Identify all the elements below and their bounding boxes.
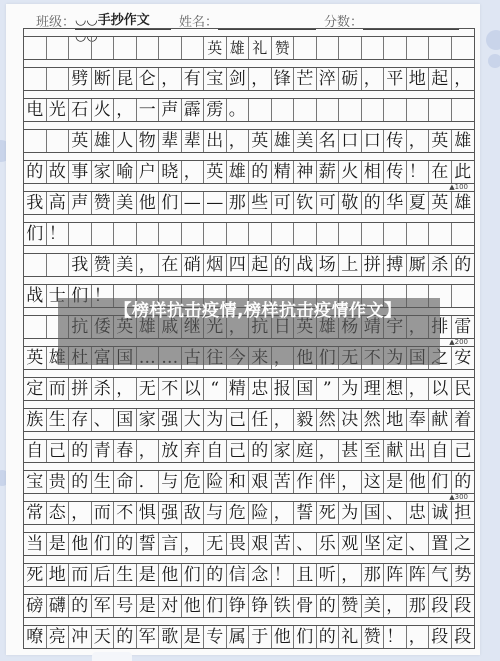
grid-cell: 国 bbox=[114, 409, 137, 431]
grid-cell: 念 bbox=[249, 564, 272, 586]
grid-cell: 雄 bbox=[452, 192, 475, 214]
grid-cell: ， bbox=[159, 68, 182, 90]
grid-cell: 的 bbox=[272, 254, 295, 276]
row-gap bbox=[24, 463, 474, 471]
grid-cell bbox=[317, 99, 340, 121]
grid-cell bbox=[294, 37, 317, 59]
grid-cell: 夏 bbox=[407, 192, 430, 214]
grid-cell: 、 bbox=[407, 533, 430, 555]
grid-cell: 生 bbox=[47, 409, 70, 431]
grid-cell: 民 bbox=[452, 378, 475, 400]
grid-cell bbox=[114, 223, 137, 245]
grid-cell bbox=[294, 223, 317, 245]
grid-cell: 险 bbox=[204, 471, 227, 493]
grid-cell: 军 bbox=[92, 595, 115, 617]
grid-cell: 口 bbox=[362, 130, 385, 152]
grid-cell: ， bbox=[452, 68, 475, 90]
grid-cell: 在 bbox=[429, 161, 452, 183]
grid-cell: 铁 bbox=[272, 595, 295, 617]
grid-cell: ！ bbox=[384, 626, 407, 648]
grid-cell: 英 bbox=[249, 130, 272, 152]
grid-cell: 华 bbox=[384, 192, 407, 214]
grid-cell: 无 bbox=[204, 533, 227, 555]
grid-cell: 春 bbox=[114, 440, 137, 462]
grid-cell: ， bbox=[182, 533, 205, 555]
grid-cell: 此 bbox=[452, 161, 475, 183]
grid-cell: 置 bbox=[429, 533, 452, 555]
grid-cell bbox=[407, 37, 430, 59]
grid-cell: 艰 bbox=[249, 471, 272, 493]
grid-cell: — bbox=[182, 192, 205, 214]
grid-cell: 段 bbox=[452, 626, 475, 648]
grid-cell: 那 bbox=[227, 192, 250, 214]
grid-cell: 人 bbox=[114, 130, 137, 152]
grid-cell: 的 bbox=[452, 471, 475, 493]
grid-cell: 那 bbox=[407, 595, 430, 617]
grid-cell: 危 bbox=[182, 471, 205, 493]
grid-cell bbox=[429, 223, 452, 245]
grid-cell: ， bbox=[317, 440, 340, 462]
grid-cell: 想 bbox=[384, 378, 407, 400]
grid-cell: 、 bbox=[384, 502, 407, 524]
grid-cell: 雷 bbox=[452, 316, 475, 338]
grid-cell: 辈 bbox=[159, 130, 182, 152]
grid-cell: 诚 bbox=[429, 502, 452, 524]
grid-cell: 英 bbox=[69, 130, 92, 152]
grid-cell: 献 bbox=[384, 440, 407, 462]
row-gap bbox=[24, 587, 474, 595]
grid-cell: 献 bbox=[429, 409, 452, 431]
grid-cell: 场 bbox=[317, 254, 340, 276]
grid-cell: 的 bbox=[452, 254, 475, 276]
grid-cell: 石 bbox=[69, 99, 92, 121]
grid-cell: 理 bbox=[362, 378, 385, 400]
grid-cell: 那 bbox=[362, 564, 385, 586]
grid-cell: ， bbox=[407, 130, 430, 152]
grid-cell: 任 bbox=[249, 409, 272, 431]
row-gap bbox=[24, 556, 474, 564]
row-gap: ▲100 bbox=[24, 184, 474, 192]
grid-cell: ， bbox=[249, 68, 272, 90]
grid-cell: 毅 bbox=[294, 409, 317, 431]
grid-cell: 、 bbox=[294, 533, 317, 555]
grid-cell: 死 bbox=[317, 502, 340, 524]
grid-cell: 为 bbox=[204, 409, 227, 431]
grid-cell: 不 bbox=[159, 378, 182, 400]
grid-cell: 和 bbox=[227, 471, 250, 493]
grid-cell: 硝 bbox=[182, 254, 205, 276]
grid-cell: 势 bbox=[452, 564, 475, 586]
grid-cell: 赞 bbox=[92, 254, 115, 276]
grid-cell bbox=[407, 99, 430, 121]
grid-cell: 族 bbox=[24, 409, 47, 431]
grid-cell: 精 bbox=[227, 378, 250, 400]
grid-cell: 强 bbox=[159, 409, 182, 431]
grid-cell bbox=[294, 99, 317, 121]
grid-cell: 段 bbox=[452, 595, 475, 617]
grid-cell bbox=[384, 37, 407, 59]
grid-cell: 户 bbox=[137, 161, 160, 183]
text-row: 英雄人物辈辈出，英雄美名口口传，英雄 bbox=[24, 130, 474, 153]
grid-cell: 忠 bbox=[407, 502, 430, 524]
grid-cell: 赞 bbox=[92, 192, 115, 214]
grid-cell: 着 bbox=[452, 409, 475, 431]
grid-cell: 电 bbox=[24, 99, 47, 121]
grid-cell: 阵 bbox=[407, 564, 430, 586]
row-gap bbox=[24, 153, 474, 161]
grid-cell: 不 bbox=[114, 502, 137, 524]
grid-cell: 火 bbox=[339, 161, 362, 183]
row-gap bbox=[24, 370, 474, 378]
grid-cell: 歌 bbox=[159, 626, 182, 648]
text-row: 嘹亮冲天的军歌是专属于他们的礼赞！，段段 bbox=[24, 626, 474, 649]
grid-cell: 地 bbox=[384, 409, 407, 431]
grid-cell: 们 bbox=[159, 192, 182, 214]
grid-cell: ” bbox=[317, 378, 340, 400]
grid-cell bbox=[182, 223, 205, 245]
grid-cell: 作 bbox=[294, 471, 317, 493]
grid-cell: 一 bbox=[137, 99, 160, 121]
grid-cell: 的 bbox=[362, 192, 385, 214]
text-row: 自己的青春，放弃自己的家庭，甚至献出自己 bbox=[24, 440, 474, 463]
grid-cell: 杀 bbox=[92, 378, 115, 400]
row-gap bbox=[24, 91, 474, 99]
grid-cell: 四 bbox=[227, 254, 250, 276]
grid-cell bbox=[159, 223, 182, 245]
grid-cell bbox=[362, 37, 385, 59]
grid-cell: ！ bbox=[47, 223, 70, 245]
grid-cell bbox=[339, 223, 362, 245]
grid-cell bbox=[69, 223, 92, 245]
row-gap bbox=[24, 401, 474, 409]
grid-cell: 厮 bbox=[407, 254, 430, 276]
text-row: 劈断昆仑，有宝剑，锋芒淬砺，平地起， bbox=[24, 68, 474, 91]
grid-cell: 英 bbox=[204, 161, 227, 183]
grid-cell: 而 bbox=[92, 502, 115, 524]
grid-cell: ， bbox=[339, 564, 362, 586]
grid-cell: 己 bbox=[452, 440, 475, 462]
grid-cell bbox=[137, 37, 160, 59]
grid-cell: 且 bbox=[294, 564, 317, 586]
grid-cell bbox=[24, 37, 47, 59]
grid-cell: 誓 bbox=[137, 533, 160, 555]
text-row: 电光石火，一声霹雳。 bbox=[24, 99, 474, 122]
grid-cell bbox=[114, 37, 137, 59]
row-gap bbox=[24, 215, 474, 223]
grid-cell: 弃 bbox=[182, 440, 205, 462]
grid-cell: 他 bbox=[407, 471, 430, 493]
word-count-mark: ▲200 bbox=[449, 338, 468, 346]
grid-cell: 剑 bbox=[227, 68, 250, 90]
grid-cell: ， bbox=[362, 68, 385, 90]
grid-cell: 担 bbox=[452, 502, 475, 524]
grid-cell: 美 bbox=[114, 254, 137, 276]
grid-cell: 磅 bbox=[24, 595, 47, 617]
grid-cell: 誓 bbox=[294, 502, 317, 524]
grid-cell: 美 bbox=[294, 130, 317, 152]
grid-cell: 们 bbox=[24, 223, 47, 245]
grid-cell: 的 bbox=[69, 440, 92, 462]
grid-cell: 以 bbox=[182, 378, 205, 400]
grid-cell: 传 bbox=[384, 161, 407, 183]
text-row: 当是他们的誓言，无畏艰苦、乐观坚定、置之 bbox=[24, 533, 474, 556]
grid-cell: 己 bbox=[47, 440, 70, 462]
grid-cell: 传 bbox=[384, 130, 407, 152]
grid-cell: ！ bbox=[272, 564, 295, 586]
grid-cell: 雄 bbox=[227, 37, 250, 59]
grid-cell: 然 bbox=[317, 409, 340, 431]
grid-cell: — bbox=[204, 192, 227, 214]
text-row: 死地而后生是他们的信念！且听，那阵阵气势 bbox=[24, 564, 474, 587]
grid-cell: 于 bbox=[249, 626, 272, 648]
grid-cell: 物 bbox=[137, 130, 160, 152]
grid-cell bbox=[92, 223, 115, 245]
grid-cell: 地 bbox=[407, 68, 430, 90]
grid-cell: 骨 bbox=[294, 595, 317, 617]
grid-cell: 辈 bbox=[182, 130, 205, 152]
grid-cell: 在 bbox=[159, 254, 182, 276]
grid-cell: 是 bbox=[384, 471, 407, 493]
grid-cell: 死 bbox=[24, 564, 47, 586]
grid-cell: 可 bbox=[317, 192, 340, 214]
row-gap bbox=[24, 246, 474, 254]
grid-cell: 薪 bbox=[317, 161, 340, 183]
grid-cell: ， bbox=[69, 502, 92, 524]
grid-cell: 淬 bbox=[317, 68, 340, 90]
grid-cell: ， bbox=[137, 440, 160, 462]
grid-cell: 们 bbox=[182, 564, 205, 586]
grid-cell bbox=[429, 37, 452, 59]
grid-cell: 庭 bbox=[294, 440, 317, 462]
grid-cell: 昆 bbox=[114, 68, 137, 90]
grid-cell: 以 bbox=[429, 378, 452, 400]
grid-cell: “ bbox=[204, 378, 227, 400]
grid-cell: 霹 bbox=[182, 99, 205, 121]
grid-cell: 存 bbox=[69, 409, 92, 431]
grid-cell: ， bbox=[407, 626, 430, 648]
grid-cell: 雄 bbox=[272, 130, 295, 152]
grid-cell: 自 bbox=[204, 440, 227, 462]
grid-cell: ， bbox=[272, 409, 295, 431]
grid-cell: 自 bbox=[429, 440, 452, 462]
grid-cell: 阵 bbox=[384, 564, 407, 586]
grid-cell: 赞 bbox=[339, 595, 362, 617]
grid-cell bbox=[92, 37, 115, 59]
grid-cell: 嘹 bbox=[24, 626, 47, 648]
grid-cell: 的 bbox=[204, 564, 227, 586]
grid-cell: 的 bbox=[114, 626, 137, 648]
grid-cell: ！ bbox=[407, 161, 430, 183]
grid-cell bbox=[24, 130, 47, 152]
grid-cell: 的 bbox=[249, 440, 272, 462]
grid-cell: 美 bbox=[114, 192, 137, 214]
text-row: 们！ bbox=[24, 223, 474, 246]
grid-cell: ， bbox=[182, 161, 205, 183]
decor-dot bbox=[488, 54, 500, 68]
grid-cell: 雳 bbox=[204, 99, 227, 121]
grid-cell: 国 bbox=[362, 502, 385, 524]
grid-cell: 铮 bbox=[227, 595, 250, 617]
grid-cell: ， bbox=[114, 378, 137, 400]
grid-cell bbox=[339, 99, 362, 121]
grid-cell: 敬 bbox=[339, 192, 362, 214]
grid-cell: 、 bbox=[92, 409, 115, 431]
grid-cell: 钦 bbox=[294, 192, 317, 214]
caption-text: 【榜样抗击疫情,榜样抗击疫情作文】 bbox=[78, 298, 438, 325]
grid-cell: 拼 bbox=[362, 254, 385, 276]
grid-cell bbox=[452, 285, 475, 307]
grid-cell: 强 bbox=[159, 502, 182, 524]
grid-cell: 出 bbox=[407, 440, 430, 462]
grid-cell: 为 bbox=[339, 378, 362, 400]
grid-cell bbox=[137, 223, 160, 245]
grid-cell: 决 bbox=[339, 409, 362, 431]
grid-cell: 天 bbox=[92, 626, 115, 648]
grid-cell: 定 bbox=[24, 378, 47, 400]
grid-cell: ． bbox=[137, 471, 160, 493]
grid-cell: 火 bbox=[92, 99, 115, 121]
grid-cell: 奉 bbox=[407, 409, 430, 431]
grid-cell: 杀 bbox=[429, 254, 452, 276]
grid-cell: 贵 bbox=[47, 471, 70, 493]
grid-cell: 后 bbox=[92, 564, 115, 586]
paper-header: 班级： ◡◡手抄作文◡◡ 姓名： 分数： bbox=[36, 10, 476, 30]
grid-cell: 光 bbox=[47, 99, 70, 121]
row-gap bbox=[24, 525, 474, 533]
grid-cell bbox=[452, 223, 475, 245]
grid-cell: ， bbox=[407, 378, 430, 400]
grid-cell: 观 bbox=[339, 533, 362, 555]
grid-cell: 对 bbox=[159, 595, 182, 617]
text-row: 族生存、国家强大为己任，毅然决然地奉献着 bbox=[24, 409, 474, 432]
row-gap bbox=[24, 618, 474, 626]
grid-cell: 的 bbox=[24, 161, 47, 183]
grid-cell bbox=[429, 99, 452, 121]
grid-cell: 口 bbox=[339, 130, 362, 152]
grid-cell bbox=[47, 37, 70, 59]
grid-cell: 家 bbox=[92, 161, 115, 183]
grid-cell: 上 bbox=[339, 254, 362, 276]
grid-cell: 故 bbox=[47, 161, 70, 183]
grid-cell: 烟 bbox=[204, 254, 227, 276]
grid-cell: 出 bbox=[204, 130, 227, 152]
grid-cell bbox=[24, 254, 47, 276]
row-gap bbox=[24, 60, 474, 68]
grid-cell: 生 bbox=[114, 564, 137, 586]
grid-cell: 些 bbox=[249, 192, 272, 214]
grid-cell bbox=[272, 99, 295, 121]
grid-cell: 平 bbox=[384, 68, 407, 90]
grid-cell: 搏 bbox=[384, 254, 407, 276]
grid-cell: ， bbox=[227, 130, 250, 152]
grid-cell: 劈 bbox=[69, 68, 92, 90]
grid-cell bbox=[452, 99, 475, 121]
grid-cell: 他 bbox=[182, 595, 205, 617]
grid-cell: 起 bbox=[249, 254, 272, 276]
text-row: 常态，而不惧强敌与危险，誓死为国、忠诚担 bbox=[24, 502, 474, 525]
grid-cell: 与 bbox=[204, 502, 227, 524]
grid-cell: 赞 bbox=[362, 626, 385, 648]
grid-cell: 砺 bbox=[339, 68, 362, 90]
grid-cell: 这 bbox=[362, 471, 385, 493]
grid-cell: 的 bbox=[317, 595, 340, 617]
grid-cell bbox=[384, 223, 407, 245]
grid-cell: 战 bbox=[24, 285, 47, 307]
grid-cell: 己 bbox=[227, 440, 250, 462]
grid-cell: 英 bbox=[24, 347, 47, 369]
text-row: 磅礴的军号是对他们铮铮铁骨的赞美，那段段 bbox=[24, 595, 474, 618]
grid-cell: 冲 bbox=[69, 626, 92, 648]
grid-cell: 赞 bbox=[272, 37, 295, 59]
grid-cell bbox=[317, 223, 340, 245]
grid-cell: 铮 bbox=[249, 595, 272, 617]
grid-cell: 英 bbox=[429, 192, 452, 214]
grid-cell bbox=[362, 223, 385, 245]
row-gap bbox=[24, 29, 474, 37]
word-count-mark: ▲300 bbox=[449, 493, 468, 501]
decor-dot bbox=[486, 30, 500, 50]
row-gap bbox=[24, 122, 474, 130]
grid-cell: 而 bbox=[69, 564, 92, 586]
row-gap: ▲300 bbox=[24, 494, 474, 502]
grid-cell: 伴 bbox=[317, 471, 340, 493]
grid-cell: 苦 bbox=[272, 533, 295, 555]
grid-cell: 属 bbox=[227, 626, 250, 648]
grid-cell: 高 bbox=[47, 192, 70, 214]
grid-cell: 他 bbox=[69, 533, 92, 555]
grid-cell: 家 bbox=[137, 409, 160, 431]
grid-cell: 拼 bbox=[69, 378, 92, 400]
text-row: 我赞美，在硝烟四起的战场上拼搏厮杀的 bbox=[24, 254, 474, 277]
text-row: 我高声赞美他们——那些可钦可敬的华夏英雄 bbox=[24, 192, 474, 215]
grid-cell bbox=[24, 316, 47, 338]
grid-cell: 险 bbox=[249, 502, 272, 524]
grid-cell: 是 bbox=[137, 564, 160, 586]
grid-cell: 忠 bbox=[249, 378, 272, 400]
grid-cell: 而 bbox=[47, 378, 70, 400]
grid-cell: 战 bbox=[294, 254, 317, 276]
grid-cell: 精 bbox=[272, 161, 295, 183]
grid-cell: 危 bbox=[227, 502, 250, 524]
grid-cell: 报 bbox=[272, 378, 295, 400]
grid-cell: 宝 bbox=[204, 68, 227, 90]
grid-cell: 气 bbox=[429, 564, 452, 586]
grid-cell: 起 bbox=[429, 68, 452, 90]
grid-cell: 为 bbox=[339, 502, 362, 524]
grid-cell: 他 bbox=[272, 626, 295, 648]
grid-cell bbox=[407, 223, 430, 245]
grid-cell: 事 bbox=[69, 161, 92, 183]
grid-cell: 是 bbox=[137, 595, 160, 617]
grid-cell: 己 bbox=[227, 409, 250, 431]
grid-cell bbox=[317, 37, 340, 59]
grid-cell: 惧 bbox=[137, 502, 160, 524]
grid-cell: 与 bbox=[159, 471, 182, 493]
grid-cell bbox=[69, 37, 92, 59]
grid-cell: 坚 bbox=[362, 533, 385, 555]
grid-cell: 断 bbox=[92, 68, 115, 90]
grid-cell: 他 bbox=[137, 192, 160, 214]
text-row: 定而拼杀，无不以“精忠报国”为理想，以民 bbox=[24, 378, 474, 401]
grid-cell: 段 bbox=[429, 626, 452, 648]
grid-cell bbox=[159, 37, 182, 59]
grid-cell: 地 bbox=[47, 564, 70, 586]
grid-cell: 喻 bbox=[114, 161, 137, 183]
grid-cell: 生 bbox=[92, 471, 115, 493]
grid-cell: 段 bbox=[429, 595, 452, 617]
grid-cell: 们 bbox=[204, 595, 227, 617]
grid-cell bbox=[249, 223, 272, 245]
